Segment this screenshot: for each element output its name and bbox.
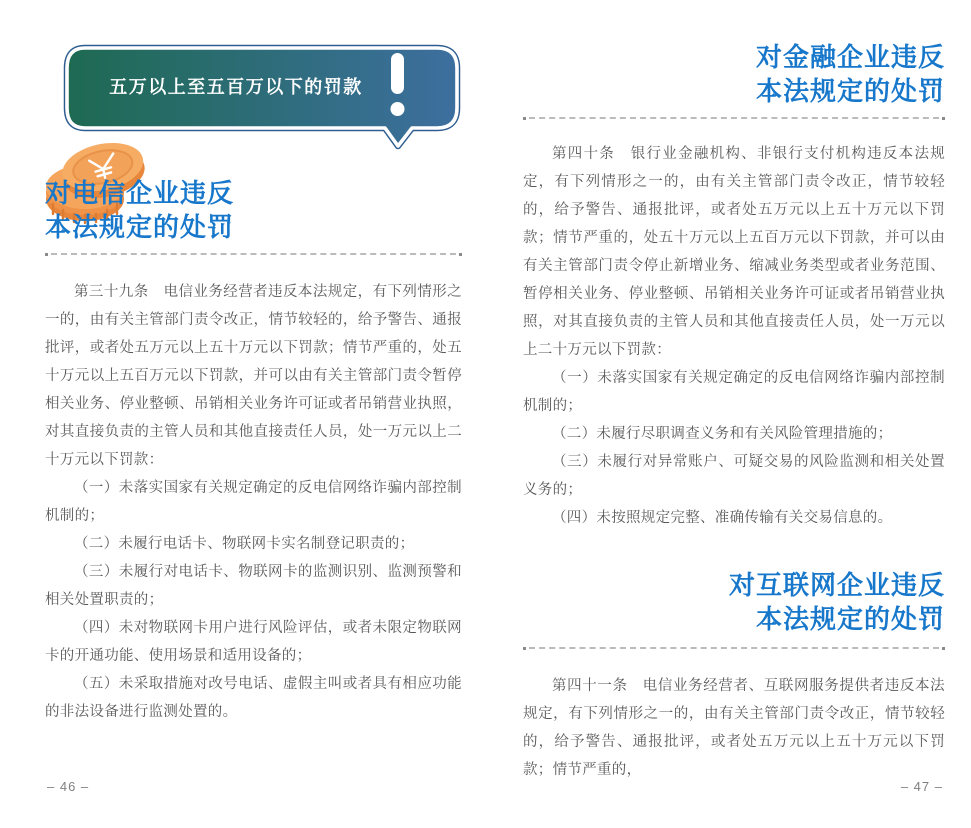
divider-line <box>51 253 456 255</box>
exclamation-icon <box>391 53 405 116</box>
section-heading-telecom: 对电信企业违反 本法规定的处罚 <box>45 176 462 244</box>
list-item: （一）未落实国家有关规定确定的反电信网络诈骗内部控制机制的； <box>45 474 462 530</box>
list-item: （二）未履行尽职调查义务和有关风险管理措施的； <box>523 420 945 448</box>
divider-line <box>529 647 939 649</box>
page-number-left: – 46 – <box>47 779 89 794</box>
banner-label: 五万以上至五百万以下的罚款 <box>101 73 371 99</box>
list-item: （一）未落实国家有关规定确定的反电信网络诈骗内部控制机制的； <box>523 364 945 420</box>
divider-dot <box>459 253 462 256</box>
heading-line1: 对金融企业违反 <box>523 40 945 74</box>
page-left: 五万以上至五百万以下的罚款 <box>45 0 462 828</box>
dashed-divider <box>45 252 462 256</box>
fine-range-banner: 五万以上至五百万以下的罚款 <box>59 42 463 150</box>
list-item: （四）未对物联网卡用户进行风险评估，或者未限定物联网卡的开通功能、使用场景和适用… <box>45 614 462 670</box>
heading-line1: 对电信企业违反 <box>45 176 462 210</box>
divider-dot <box>942 117 945 120</box>
list-item: （二）未履行电话卡、物联网卡实名制登记职责的； <box>45 530 462 558</box>
divider-dot <box>523 117 526 120</box>
heading-line2: 本法规定的处罚 <box>523 74 945 108</box>
section-heading-finance: 对金融企业违反 本法规定的处罚 <box>523 40 945 108</box>
page-number-right: – 47 – <box>901 779 943 794</box>
heading-line2: 本法规定的处罚 <box>523 602 945 636</box>
divider-dot <box>523 647 526 650</box>
paragraph: 第四十条 银行业金融机构、非银行支付机构违反本法规定，有下列情形之一的，由有关主… <box>523 140 945 364</box>
list-item: （三）未履行对异常账户、可疑交易的风险监测和相关处置义务的； <box>523 448 945 504</box>
divider-dot <box>45 253 48 256</box>
list-item: （五）未采取措施对改号电话、虚假主叫或者具有相应功能的非法设备进行监测处置的。 <box>45 670 462 726</box>
divider-dot <box>942 647 945 650</box>
divider-line <box>529 117 939 119</box>
page-right: 对金融企业违反 本法规定的处罚 第四十条 银行业金融机构、非银行支付机构违反本法… <box>523 0 945 828</box>
paragraph: 第四十一条 电信业务经营者、互联网服务提供者违反本法规定，有下列情形之一的，由有… <box>523 672 945 784</box>
list-item: （三）未履行对电话卡、物联网卡的监测识别、监测预警和相关处置职责的； <box>45 558 462 614</box>
heading-line2: 本法规定的处罚 <box>45 210 462 244</box>
article-39-body: 第三十九条 电信业务经营者违反本法规定，有下列情形之一的，由有关主管部门责令改正… <box>45 278 462 726</box>
dashed-divider <box>523 116 945 120</box>
article-40-body: 第四十条 银行业金融机构、非银行支付机构违反本法规定，有下列情形之一的，由有关主… <box>523 140 945 532</box>
paragraph: 第三十九条 电信业务经营者违反本法规定，有下列情形之一的，由有关主管部门责令改正… <box>45 278 462 474</box>
dashed-divider <box>523 646 945 650</box>
section-heading-internet: 对互联网企业违反 本法规定的处罚 <box>523 568 945 636</box>
heading-line1: 对互联网企业违反 <box>523 568 945 602</box>
article-41-body: 第四十一条 电信业务经营者、互联网服务提供者违反本法规定，有下列情形之一的，由有… <box>523 672 945 784</box>
list-item: （四）未按照规定完整、准确传输有关交易信息的。 <box>523 504 945 532</box>
